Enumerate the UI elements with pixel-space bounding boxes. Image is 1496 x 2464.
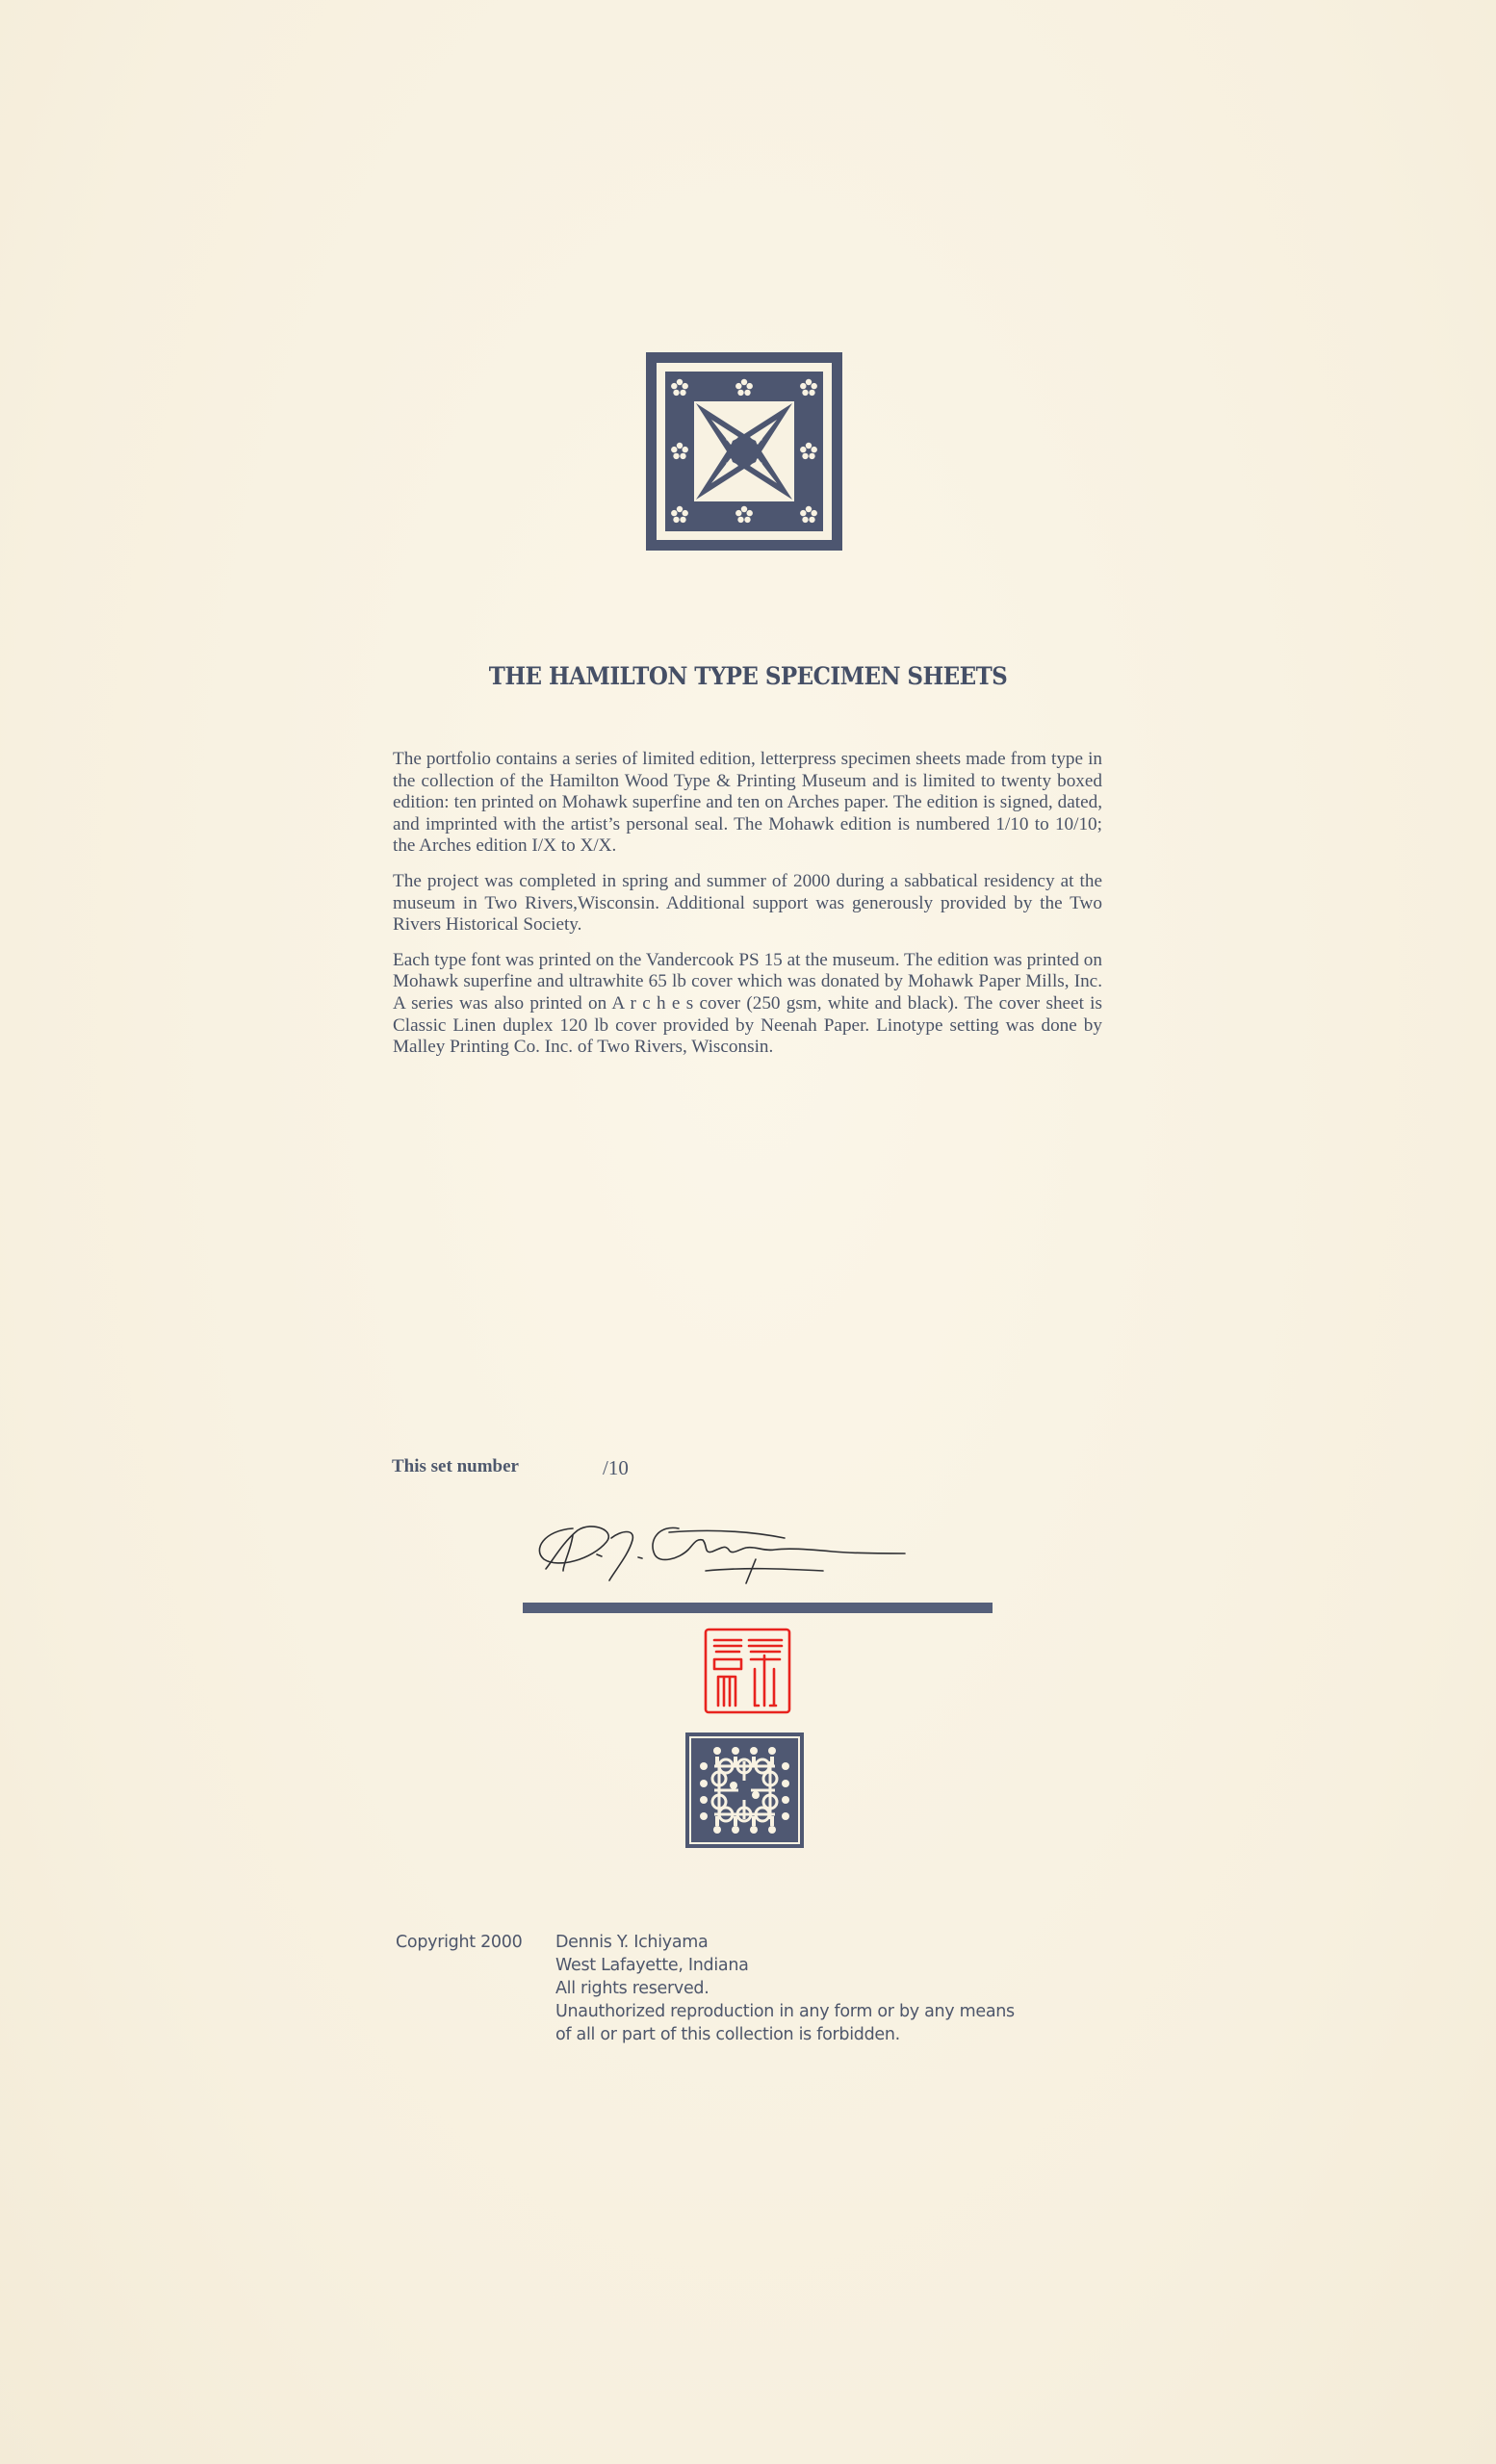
signature-icon	[525, 1511, 929, 1593]
paragraph-portfolio: The portfolio contains a series of limit…	[393, 749, 1102, 858]
description-block: The portfolio contains a series of limit…	[393, 749, 1102, 1072]
page-title: THE HAMILTON TYPE SPECIMEN SHEETS	[60, 662, 1436, 690]
signature-rule	[523, 1603, 993, 1613]
lattice-ornament-tile-icon	[685, 1732, 804, 1848]
copyright-notice-line-2: of all or part of this collection is for…	[555, 2023, 1015, 2046]
red-chop-seal-icon	[703, 1627, 792, 1715]
copyright-author: Dennis Y. Ichiyama	[555, 1931, 1015, 1954]
paragraph-project: The project was completed in spring and …	[393, 871, 1102, 937]
copyright-details: Dennis Y. Ichiyama West Lafayette, India…	[555, 1931, 1015, 2046]
copyright-label: Copyright 2000	[396, 1931, 522, 1954]
document-page: THE HAMILTON TYPE SPECIMEN SHEETS The po…	[0, 0, 1496, 2464]
copyright-location: West Lafayette, Indiana	[555, 1954, 1015, 1977]
set-number-total: /10	[603, 1456, 629, 1480]
paragraph-printing: Each type font was printed on the Vander…	[393, 950, 1102, 1059]
copyright-notice-line-1: Unauthorized reproduction in any form or…	[555, 2000, 1015, 2023]
copyright-rights: All rights reserved.	[555, 1977, 1015, 2000]
ornamental-star-tile-icon	[646, 352, 842, 551]
set-number-label: This set number	[392, 1456, 519, 1477]
